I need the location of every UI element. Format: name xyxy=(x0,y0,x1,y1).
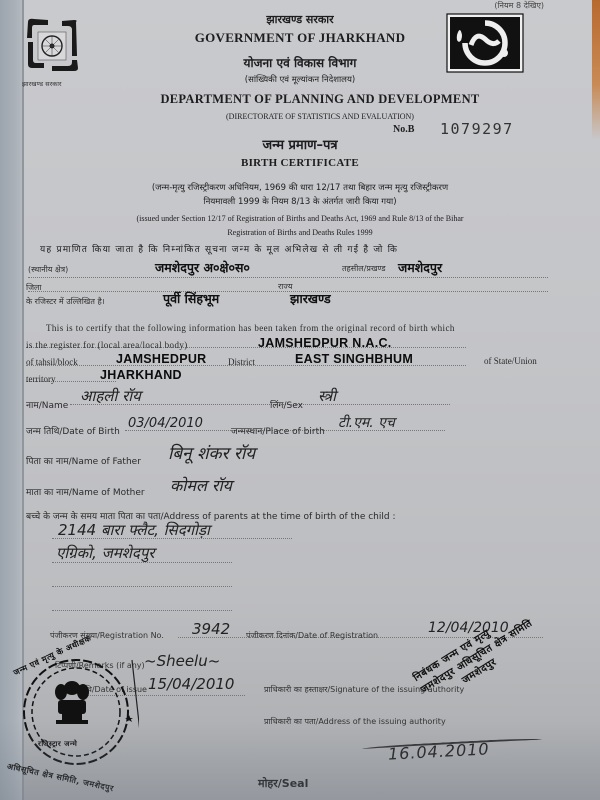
tehsil-value: JAMSHEDPUR xyxy=(116,352,207,366)
department-title: DEPARTMENT OF PLANNING AND DEVELOPMENT xyxy=(40,92,600,107)
tehsil-label: of tahsil/block xyxy=(26,357,78,367)
state-value-hindi: झारखण्ड xyxy=(290,290,331,307)
name-value: आहली रॉय xyxy=(80,386,141,406)
sex-label: लिंग/Sex xyxy=(270,398,303,411)
local-area-line xyxy=(28,266,548,278)
round-seal-caption: रजिस्ट्रार जन्मे xyxy=(38,740,77,749)
act-reference-1: (issued under Section 12/17 of Registrat… xyxy=(30,214,570,223)
address-value-1: 2144 बारा फ्लैट, सिदगोड़ा xyxy=(58,520,210,540)
district-label-hindi: जिला xyxy=(26,282,42,293)
act-reference-2: Registration of Births and Deaths Rules … xyxy=(30,228,570,237)
act-reference-hindi-1: (जन्म-मृत्यु रजिस्ट्रीकरण अधिनियम, 1969 … xyxy=(30,182,570,193)
signed-date-value: 16.04.2010 xyxy=(388,739,490,763)
seal-label: मोहर/Seal xyxy=(258,776,308,791)
father-name-value: बिनू शंकर रॉय xyxy=(168,441,255,464)
local-area-label: (स्थानीय क्षेत्र) xyxy=(28,264,68,275)
mother-name-value: कोमल रॉय xyxy=(170,474,232,496)
authority-address-label: प्राधिकारी का पता/Address of the issuing… xyxy=(264,716,446,727)
address-line-3 xyxy=(52,577,232,587)
state-value: JHARKHAND xyxy=(100,368,182,382)
government-title-hindi: झारखण्ड सरकार xyxy=(0,12,600,27)
place-of-birth-value: टी.एम. एच xyxy=(338,413,395,432)
tehsil-label-hindi: तहसील/प्रखण्ड xyxy=(342,263,386,274)
address-line-4 xyxy=(52,601,232,611)
territory-label: territory xyxy=(26,374,56,384)
act-reference-hindi-2: नियमावली 1999 के नियम 8/13 के अंतर्गत जा… xyxy=(30,196,570,207)
dob-value: 03/04/2010 xyxy=(128,416,203,431)
place-of-birth-label: जन्मस्थान/Place of birth xyxy=(231,424,325,437)
local-body-label: is the register for (local area/local bo… xyxy=(26,340,188,350)
authority-stamp: निबंधक जन्म एवं मृत्यु जमशेदपुर अधिसूचित… xyxy=(410,582,576,708)
register-label-hindi: के रजिस्टर में उल्लिखित है। xyxy=(26,296,105,307)
directorate-title: (DIRECTORATE OF STATISTICS AND EVALUATIO… xyxy=(40,112,600,121)
certificate-title-hindi: जन्म प्रमाण–पत्र xyxy=(150,135,450,153)
authority-stamp-line-2: जमशेदपुर अधिसूचित क्षेत्र समिति xyxy=(417,594,569,696)
local-area-value: जमशेदपुर अ०क्षे०स० xyxy=(155,259,250,276)
father-name-label: पिता का नाम/Name of Father xyxy=(26,454,141,467)
district-label: District xyxy=(228,357,255,367)
tehsil-value-hindi: जमशेदपुर xyxy=(398,259,442,276)
dob-label: जन्म तिथि/Date of Birth xyxy=(26,424,120,437)
department-title-hindi: योजना एवं विकास विभाग xyxy=(0,54,600,71)
government-title: GOVERNMENT OF JHARKHAND xyxy=(0,30,600,46)
certificate-title: BIRTH CERTIFICATE xyxy=(150,157,450,169)
address-value-2: एग्रिको, जमशेदपुर xyxy=(56,543,155,563)
directorate-hindi: (सांख्यिकी एवं मूल्यांकन निदेशालय) xyxy=(0,74,600,85)
registration-date-label: पंजीकरण दिनांक/Date of Registration xyxy=(246,630,378,641)
certification-statement-hindi: यह प्रमाणित किया जाता है कि निम्नांकित स… xyxy=(40,242,570,255)
sex-value: स्त्री xyxy=(318,386,336,406)
district-value-hindi: पूर्वी सिंहभूम xyxy=(163,290,219,307)
district-value: EAST SINGHBHUM xyxy=(295,352,413,366)
local-body-value: JAMSHEDPUR N.A.C. xyxy=(258,336,392,350)
certification-statement: This is to certify that the following in… xyxy=(46,323,566,333)
registration-number-value: 3942 xyxy=(192,620,230,638)
issue-date-value: 15/04/2010 xyxy=(148,675,234,693)
state-label: of State/Union xyxy=(484,356,537,366)
certificate-number-label: No.B xyxy=(393,124,414,135)
certificate-number: 1079297 xyxy=(440,120,514,138)
name-label: नाम/Name xyxy=(26,398,68,411)
remarks-signature: ~Sheelu~ xyxy=(144,652,220,670)
rule-note: (नियम 8 देखिए) xyxy=(494,0,544,11)
mother-name-label: माता का नाम/Name of Mother xyxy=(26,485,145,498)
